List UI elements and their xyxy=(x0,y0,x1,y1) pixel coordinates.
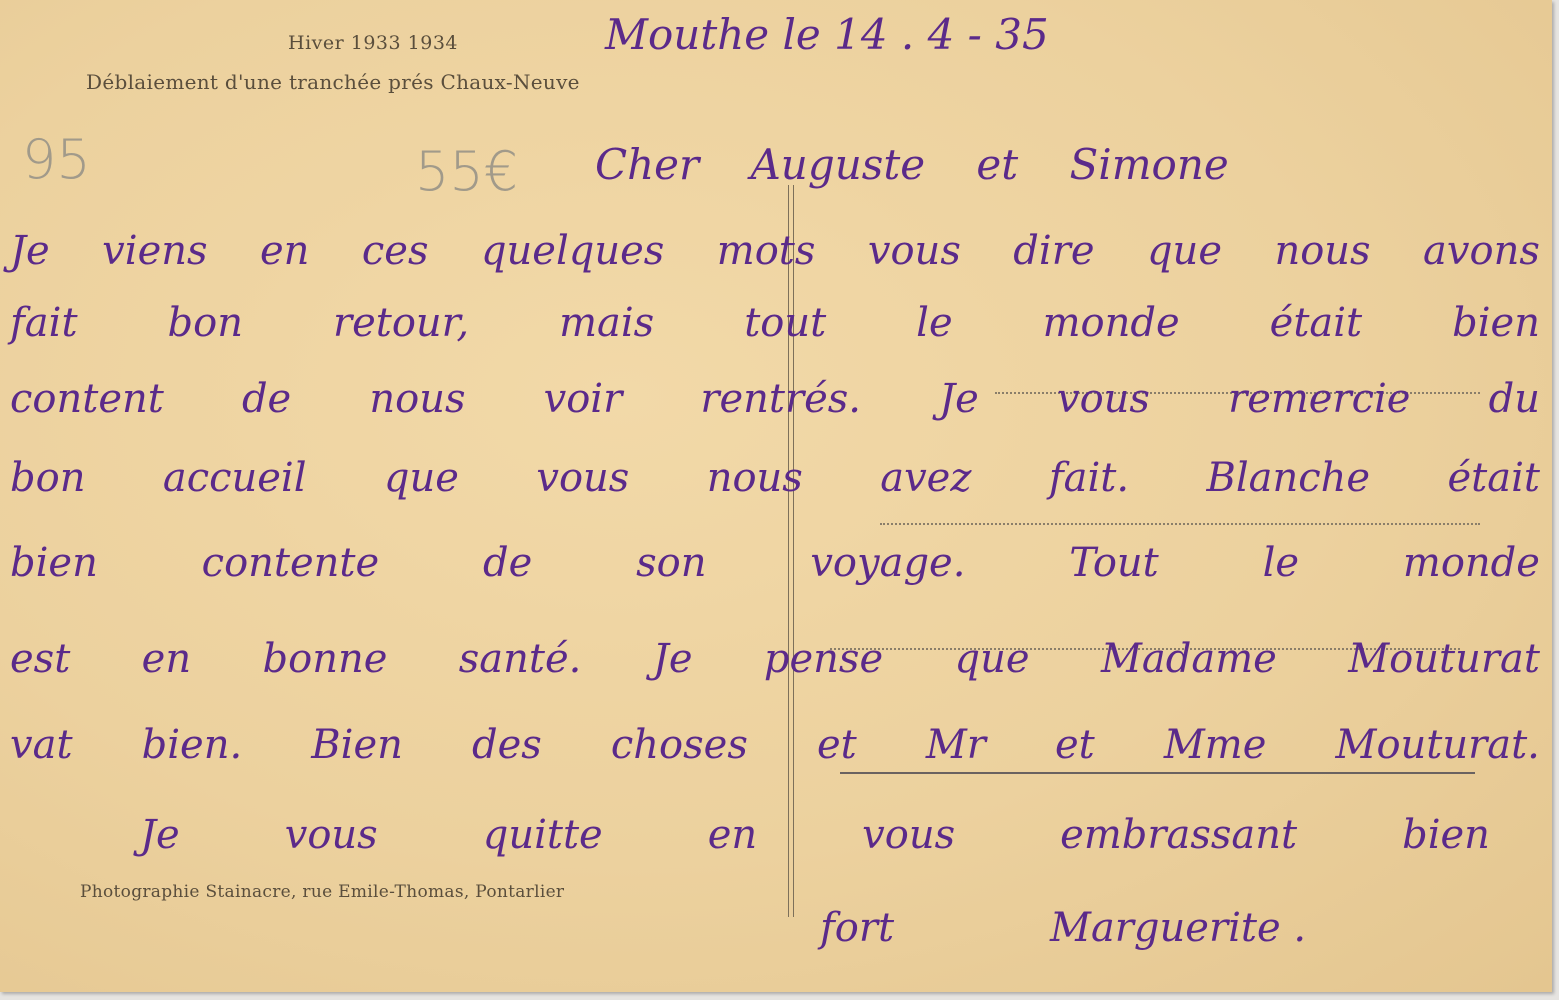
word: bien xyxy=(10,540,98,586)
word: Je xyxy=(939,376,979,422)
word: viens xyxy=(102,228,207,274)
word: Je xyxy=(140,812,180,858)
word: bien xyxy=(1452,300,1540,346)
word: accueil xyxy=(163,455,307,501)
word: monde xyxy=(1043,300,1180,346)
word: avez xyxy=(880,455,971,501)
word: bonne xyxy=(263,636,388,682)
place-date: Mouthe le 14 . 4 - 35 xyxy=(605,10,1049,59)
closing: fort xyxy=(820,905,894,951)
word: nous xyxy=(707,455,803,501)
word: que xyxy=(1147,228,1222,274)
word: bon xyxy=(168,300,243,346)
word: que xyxy=(384,455,459,501)
text-line-5: bien contente de son voyage. Tout le mon… xyxy=(10,540,1540,586)
pencil-note-left: 95 xyxy=(22,128,91,191)
word: embrassant xyxy=(1060,812,1297,858)
word: Bien xyxy=(311,722,403,768)
word: le xyxy=(916,300,952,346)
pencil-price: 55€ xyxy=(415,140,518,203)
word: voir xyxy=(544,376,623,422)
word: Je xyxy=(653,636,693,682)
word: vous xyxy=(536,455,629,501)
word: mais xyxy=(559,300,654,346)
word: et xyxy=(817,722,857,768)
photographer-credit: Photographie Stainacre, rue Emile-Thomas… xyxy=(80,882,564,902)
word: et xyxy=(1055,722,1095,768)
greeting: Cher Auguste et Simone xyxy=(595,140,1229,189)
word: rentrés. xyxy=(700,376,861,422)
word: vous xyxy=(1057,376,1150,422)
word: de xyxy=(242,376,291,422)
word: fait xyxy=(10,300,78,346)
word: monde xyxy=(1403,540,1540,586)
word: bien xyxy=(1402,812,1490,858)
address-line-2 xyxy=(880,523,1480,525)
word: Mouturat xyxy=(1348,636,1540,682)
text-line-7: vat bien. Bien des choses et Mr et Mme M… xyxy=(10,722,1540,768)
word: est xyxy=(10,636,70,682)
postcard-back: Hiver 1933 1934 Déblaiement d'une tranch… xyxy=(0,0,1552,992)
word: choses xyxy=(611,722,748,768)
word: bien. xyxy=(142,722,243,768)
word: son xyxy=(636,540,706,586)
caption-title: Hiver 1933 1934 xyxy=(288,32,458,54)
word: pense xyxy=(764,636,883,682)
word: le xyxy=(1263,540,1299,586)
word: avons xyxy=(1423,228,1540,274)
text-line-1: Je viens en ces quelques mots vous dire … xyxy=(10,228,1540,274)
word: vat xyxy=(10,722,73,768)
word: Tout xyxy=(1069,540,1159,586)
word: que xyxy=(955,636,1030,682)
text-line-6: est en bonne santé. Je pense que Madame … xyxy=(10,636,1540,682)
word: Je xyxy=(10,228,50,274)
word: en xyxy=(142,636,191,682)
word: retour, xyxy=(333,300,469,346)
word: nous xyxy=(369,376,465,422)
word: de xyxy=(483,540,532,586)
word: Mouturat. xyxy=(1335,722,1539,768)
word: Mr xyxy=(926,722,986,768)
text-line-3: content de nous voir rentrés. Je vous re… xyxy=(10,376,1540,422)
address-line-4 xyxy=(840,772,1475,774)
text-line-8: Je vous quitte en vous embrassant bien xyxy=(140,812,1490,858)
word: santé. xyxy=(459,636,582,682)
caption-subtitle: Déblaiement d'une tranchée prés Chaux-Ne… xyxy=(86,70,580,94)
word: était xyxy=(1447,455,1539,501)
word: des xyxy=(472,722,542,768)
word: vous xyxy=(862,812,955,858)
word: dire xyxy=(1013,228,1094,274)
word: Blanche xyxy=(1206,455,1370,501)
word: tout xyxy=(744,300,826,346)
word: ces xyxy=(362,228,429,274)
text-line-4: bon accueil que vous nous avez fait. Bla… xyxy=(10,455,1540,501)
word: bon xyxy=(10,455,85,501)
word: en xyxy=(260,228,309,274)
word: quitte xyxy=(483,812,603,858)
signature: Marguerite . xyxy=(1050,905,1306,951)
word: voyage. xyxy=(810,540,965,586)
word: vous xyxy=(868,228,961,274)
text-line-2: fait bon retour, mais tout le monde étai… xyxy=(10,300,1540,346)
word: en xyxy=(708,812,757,858)
word: Madame xyxy=(1101,636,1277,682)
word: mots xyxy=(717,228,816,274)
word: du xyxy=(1489,376,1540,422)
word: content xyxy=(10,376,164,422)
word: remercie xyxy=(1228,376,1410,422)
word: fait. xyxy=(1049,455,1129,501)
word: était xyxy=(1270,300,1362,346)
word: vous xyxy=(285,812,378,858)
word: nous xyxy=(1274,228,1370,274)
word: quelques xyxy=(481,228,664,274)
word: Mme xyxy=(1164,722,1267,768)
word: contente xyxy=(202,540,380,586)
